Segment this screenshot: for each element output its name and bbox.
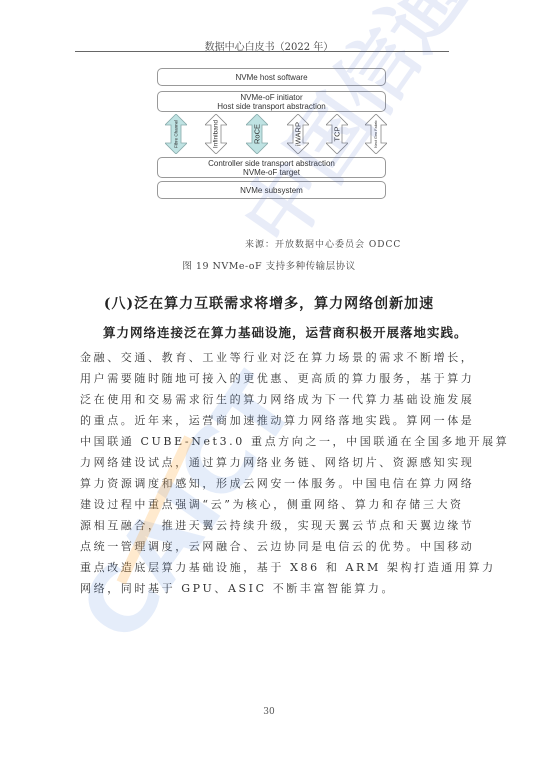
page-number: 30	[0, 707, 538, 717]
figure-source: 来源：开放数据中心委员会 ODCC	[245, 237, 401, 250]
body-line: 建设过程中重点强调“云”为核心，侧重网络、算力和存储三大资	[80, 494, 444, 515]
box-label: NVMe subsystem	[158, 186, 385, 195]
arrow-tcp: TCP	[326, 114, 348, 154]
transport-label: iWARP	[294, 122, 303, 146]
transport-label: Next Gen Fabric	[374, 120, 378, 148]
arrow-next-gen-fabric: Next Gen Fabric	[365, 114, 387, 154]
box-subsystem: NVMe subsystem	[157, 181, 386, 199]
box-label: NVMe host software	[158, 73, 385, 82]
arrow-roce: RoCE	[246, 114, 268, 154]
body-line: 的重点。近年来，运营商加速推动算力网络落地实践。算网一体是	[80, 410, 444, 431]
nvme-of-diagram: NVMe host software NVMe-oF initiator Hos…	[157, 68, 386, 260]
arrow-fibre-channel: Fibre Channel	[165, 114, 187, 154]
transport-label: Fibre Channel	[174, 120, 179, 148]
transport-label: RoCE	[253, 124, 262, 144]
body-line: 泛在使用和交易需求衍生的算力网络成为下一代算力基础设施发展	[80, 389, 444, 410]
body-line: 网络，同时基于 GPU、ASIC 不断丰富智能算力。	[80, 578, 444, 599]
body-line: 力网络建设试点，通过算力网络业务链、网络切片、资源感知实现	[80, 452, 444, 473]
body-line: 算力资源调度和感知，形成云网安一体服务。中国电信在算力网络	[80, 473, 444, 494]
transport-label: Infiniband	[213, 120, 220, 148]
section-heading: (八)泛在算力互联需求将增多，算力网络创新加速	[0, 293, 538, 313]
header-rule	[75, 51, 449, 52]
body-line: 点统一管理调度，云网融合、云边协同是电信云的优势。中国移动	[80, 536, 444, 557]
box-host-software: NVMe host software	[157, 68, 386, 86]
body-line: 源相互融合，推进天翼云持续升级，实现天翼云节点和天翼边缘节	[80, 515, 444, 536]
body-paragraph: 金融、交通、教育、工业等行业对泛在算力场景的需求不断增长， 用户需要随时随地可接…	[80, 347, 444, 599]
transport-arrows: Fibre Channel Infiniband RoCE iWARP TCP …	[165, 114, 380, 154]
arrow-infiniband: Infiniband	[205, 114, 227, 154]
body-line: 中国联通 CUBE-Net3.0 重点方向之一，中国联通在全国多地开展算	[80, 431, 444, 452]
body-line: 金融、交通、教育、工业等行业对泛在算力场景的需求不断增长，	[80, 347, 444, 368]
transport-label: TCP	[333, 127, 342, 142]
box-label: NVMe-oF initiator	[158, 93, 385, 102]
box-label: Controller side transport abstraction	[158, 159, 385, 168]
box-initiator: NVMe-oF initiator Host side transport ab…	[157, 91, 386, 112]
figure-caption: 图 19 NVMe-oF 支持多种传输层协议	[0, 258, 538, 272]
body-line: 用户需要随时随地可接入的更优惠、更高质的算力服务，基于算力	[80, 368, 444, 389]
body-line: 重点改造底层算力基础设施，基于 X86 和 ARM 架构打造通用算力	[80, 557, 444, 578]
arrow-iwarp: iWARP	[287, 114, 309, 154]
box-controller: Controller side transport abstraction NV…	[157, 157, 386, 178]
box-label: Host side transport abstraction	[158, 102, 385, 111]
box-label: NVMe-oF target	[158, 168, 385, 177]
lead-sentence: 算力网络连接泛在算力基础设施，运营商积极开展落地实践。	[103, 323, 468, 341]
